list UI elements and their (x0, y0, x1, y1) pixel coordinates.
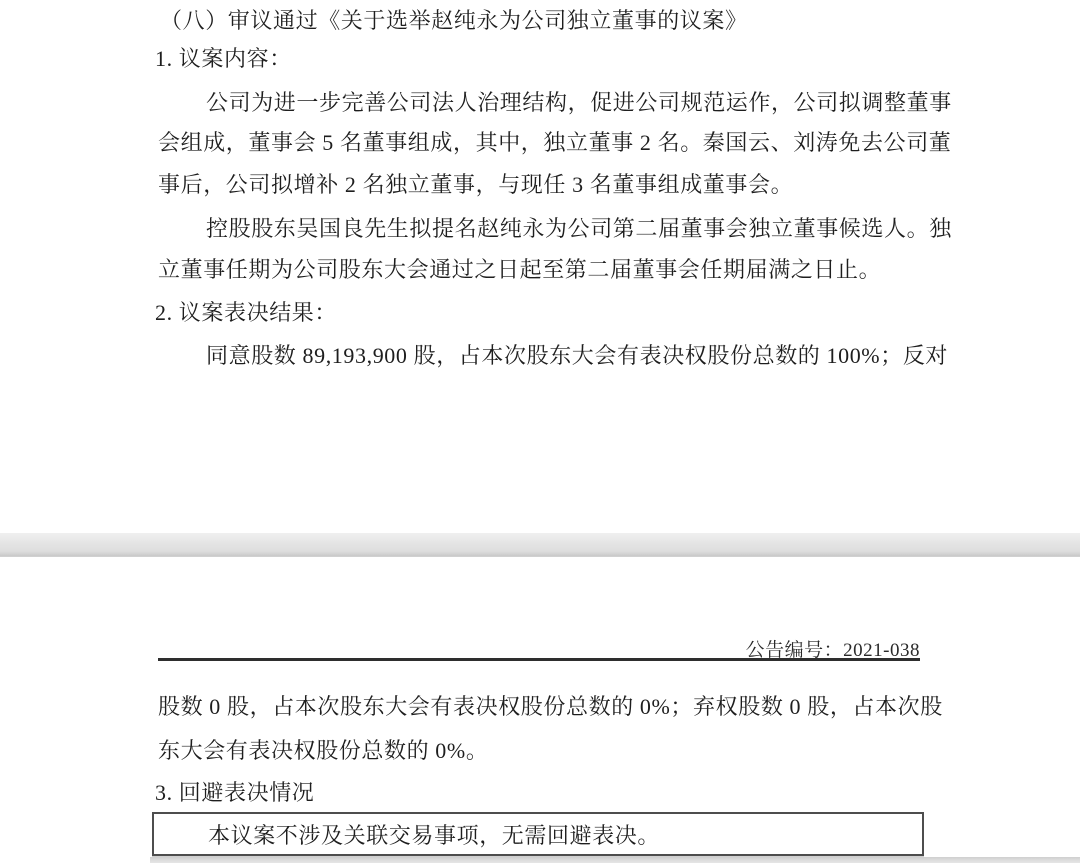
next-section-top-edge (150, 857, 1080, 863)
paragraph-1-line-3: 事后，公司拟增补 2 名独立董事，与现任 3 名董事组成董事会。 (158, 172, 793, 198)
document-page-2: 公告编号：2021-038 股数 0 股，占本次股东大会有表决权股份总数的 0%… (0, 557, 1080, 863)
recusal-statement-text: 本议案不涉及关联交易事项，无需回避表决。 (154, 819, 660, 850)
recusal-statement-box: 本议案不涉及关联交易事项，无需回避表决。 (152, 812, 924, 856)
section-3-title: 3. 回避表决情况 (155, 780, 314, 806)
section-2-title: 2. 议案表决结果： (155, 300, 337, 326)
page-break-separator (0, 533, 1080, 557)
paragraph-2-line-2: 立董事任期为公司股东大会通过之日起至第二届董事会任期届满之日止。 (158, 257, 881, 283)
paragraph-2-line-1: 控股股东吴国良先生拟提名赵纯永为公司第二届董事会独立董事候选人。独 (206, 216, 952, 242)
header-rule-line (158, 658, 920, 661)
paragraph-1-line-2: 会组成，董事会 5 名董事组成，其中，独立董事 2 名。秦国云、刘涛免去公司董 (158, 130, 951, 156)
vote-continued-line-1: 股数 0 股，占本次股东大会有表决权股份总数的 0%；弃权股数 0 股，占本次股 (158, 694, 943, 720)
vote-continued-line-2: 东大会有表决权股份总数的 0%。 (158, 738, 488, 764)
vote-result-line: 同意股数 89,193,900 股，占本次股东大会有表决权股份总数的 100%；… (206, 343, 948, 369)
document-page-1: （八）审议通过《关于选举赵纯永为公司独立董事的议案》 1. 议案内容： 公司为进… (0, 0, 1080, 533)
resolution-heading: （八）审议通过《关于选举赵纯永为公司独立董事的议案》 (160, 8, 748, 34)
section-1-title: 1. 议案内容： (155, 46, 292, 72)
paragraph-1-line-1: 公司为进一步完善公司法人治理结构，促进公司规范运作，公司拟调整董事 (206, 90, 952, 116)
